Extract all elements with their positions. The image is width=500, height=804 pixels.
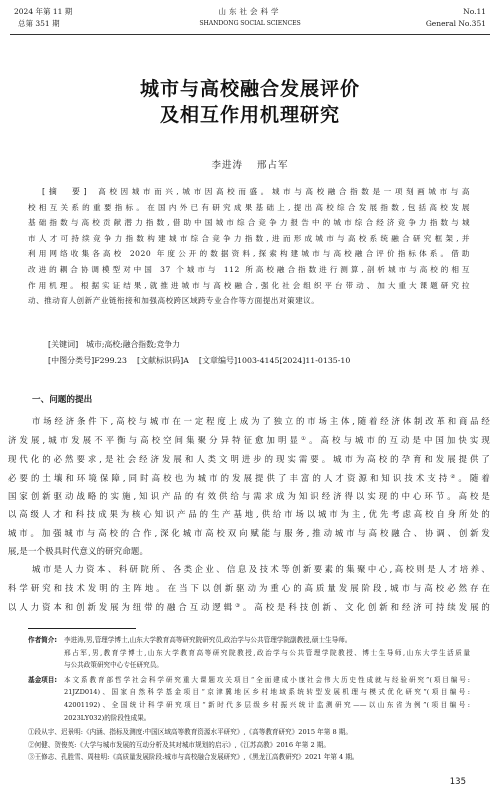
journal-name-cn: 山东社会科学 <box>10 6 490 18</box>
funding-line: 42001192)、全国统计科学研究项目“新时代多层级乡村振兴统计监测研究——以… <box>64 699 470 712</box>
body-line: 市场经济条件下,高校与城市在一定程度上成为了独立的市场主体,随着经济体制改革和商… <box>8 412 490 430</box>
funding-info: 基金项目: 本文系教育部哲学社会科学研究重大课题攻关项目“全面建成小康社会伟大历… <box>28 674 470 724</box>
abstract-line: 市人才可持续竞争力指数构建城市综合竞争力指数,进而形成城市与高校系统融合研究框架… <box>28 231 470 247</box>
funding-line: 2023LY032)的阶段性成果。 <box>64 712 470 725</box>
abstract-line: 改进的耦合协调模型对中国 37 个城市与 112 所高校融合指数进行测算,剖析城… <box>28 262 470 278</box>
section-heading: 一、问题的提出 <box>32 393 92 405</box>
journal-name-en: SHANDONG SOCIAL SCIENCES <box>10 18 490 30</box>
article-number-label: [文章编号] <box>199 356 237 365</box>
running-header: 2024 年第 11 期 总第 351 期 山东社会科学 SHANDONG SO… <box>10 6 490 35</box>
body-line: 现代化的必然要求,是社会经济发展和人类文明进步的现实需要。城市为高校的孕育和发展… <box>8 450 490 468</box>
clc-label: [中图分类号] <box>48 356 94 365</box>
funding-label: 基金项目: <box>28 674 64 724</box>
classification-info: [中图分类号]F299.23[文献标识码]A[文章编号]1003-4145[20… <box>48 353 350 369</box>
title-line-1: 城市与高校融合发展评价 <box>0 76 500 102</box>
footnote-item: ②何健、贺俊英:《大学与城市发展的互动分析及其对城市规划的启示》,《江苏高教》2… <box>28 739 470 752</box>
abstract-line: 基础指数与高校贡献潜力指数,借助中国城市综合竞争力报告中的城市综合经济竞争力指数… <box>28 215 470 231</box>
author-info: 作者简介: 李进涛,男,管理学博士,山东大学教育高等研究院研究员,政治学与公共管… <box>28 634 470 672</box>
author-info-label: 作者简介: <box>28 634 64 672</box>
abstract-line: 利用网络收集各高校 2020 年度公开的数据资料,探索构建城市与高校融合评价指标… <box>28 246 470 262</box>
body-line: 必要的土壤和环境保障,同时高校也为城市的发展提供了丰富的人才资源和知识技术支持②… <box>8 468 490 487</box>
author-name: 李进涛 <box>211 160 243 171</box>
body-line: 国家创新驱动战略的实施,知识产品的有效供给与需求成为知识经济得以实现的中心环节。… <box>8 487 490 505</box>
abstract-line: [摘 要]高校因城市而兴,城市因高校而盛。城市与高校融合指数是一项刻画城市与高 <box>28 184 470 200</box>
keywords-text: 城市;高校;融合指数;竞争力 <box>86 340 180 349</box>
clc-value: F299.23 <box>94 356 127 365</box>
footnote-list: ①段从宇、迟景明:《内涵、指标及测度:中国区域高等教育资源水平研究》,《高等教育… <box>28 726 470 764</box>
abstract: [摘 要]高校因城市而兴,城市因高校而盛。城市与高校融合指数是一项刻画城市与高 … <box>28 184 470 309</box>
body-line: 展,是一个极具时代意义的研究命题。 <box>8 542 490 560</box>
issue-info-en: No.11 General No.351 <box>426 6 486 30</box>
funding-line: 本文系教育部哲学社会科学研究重大课题攻关项目“全面建成小康社会伟大历史性成就与经… <box>64 674 470 687</box>
footnotes-area: 作者简介: 李进涛,男,管理学博士,山东大学教育高等研究院研究员,政治学与公共管… <box>28 634 470 764</box>
author-name: 邢占军 <box>257 160 289 171</box>
funding-line: 21JZD014)、国家自然科学基金项目“京津冀地区乡村地域系统转型发展机理与模… <box>64 686 470 699</box>
author-list: 李进涛邢占军 <box>0 157 500 171</box>
body-line: 城市。加强城市与高校的合作,深化城市高校双向赋能与服务,推动城市与高校融合、协调… <box>8 524 490 542</box>
abstract-line: 校相互关系的重要指标。在国内外已有研究成果基础上,提出高校综合发展指数,包括高校… <box>28 200 470 216</box>
body-line: 以高级人才和科技成果为核心知识产品的生产基地,供给市场以城市为主,优先考虑高校自… <box>8 505 490 523</box>
abstract-line: 作用机理。根据实证结果,就推进城市与高校融合,强化社会组织平台带动、加大重大课题… <box>28 278 470 294</box>
keywords: [关键词]城市;高校;融合指数;竞争力 <box>48 337 180 353</box>
journal-name: 山东社会科学 SHANDONG SOCIAL SCIENCES <box>10 6 490 30</box>
doc-code-label: [文献标识码] <box>137 356 183 365</box>
footnote-ref[interactable]: ① <box>301 436 309 442</box>
doc-code-value: A <box>183 356 189 365</box>
body-text: 市场经济条件下,高校与城市在一定程度上成为了独立的市场主体,随着经济体制改革和商… <box>8 412 490 616</box>
abstract-line: 动、推动育人创新产业链衔接和加强高校跨区域跨专业合作等方面提出对策建议。 <box>28 293 470 309</box>
author-info-line: 与公共政策研究中心专任研究员。 <box>64 659 470 672</box>
footnote-item: ③王修志、孔胜雪、周桂明:《高质量发展阶段:城市与高校融合发展研究》,《黑龙江高… <box>28 751 470 764</box>
body-line: 城市是人力资本、科研院所、各类企业、信息及技术等创新要素的集聚中心,高校则是人才… <box>8 560 490 578</box>
keywords-label: [关键词] <box>48 340 78 349</box>
article-number-value: 1003-4145[2024]11-0135-10 <box>237 356 350 365</box>
footnote-ref[interactable]: ③ <box>235 603 243 609</box>
author-info-line: 邢占军,男,教育学博士,山东大学教育高等研究院教授,政治学与公共管理学院教授、博… <box>64 647 470 660</box>
body-line: 济发展,城市发展不平衡与高校空间集聚分异特征愈加明显①。高校与城市的互动是中国加… <box>8 430 490 449</box>
article-title: 城市与高校融合发展评价 及相互作用机理研究 <box>0 76 500 128</box>
abstract-label: [摘 要] <box>42 187 87 196</box>
footnote-item: ①段从宇、迟景明:《内涵、指标及测度:中国区域高等教育资源水平研究》,《高等教育… <box>28 726 470 739</box>
page-number: 135 <box>450 777 466 787</box>
body-line: 以人力资本和创新发展为纽带的融合互动逻辑③。高校是科技创新、文化创新和经济可持续… <box>8 597 490 616</box>
footnote-divider <box>28 628 136 629</box>
issue-number-en: No.11 <box>426 6 486 18</box>
author-info-line: 李进涛,男,管理学博士,山东大学教育高等研究院研究员,政治学与公共管理学院副教授… <box>64 634 470 647</box>
general-number-en: General No.351 <box>426 18 486 30</box>
body-line: 科学研究和技术发明的主阵地。在当下以创新驱动为重心的高质量发展阶段,城市与高校必… <box>8 579 490 597</box>
title-line-2: 及相互作用机理研究 <box>0 102 500 128</box>
